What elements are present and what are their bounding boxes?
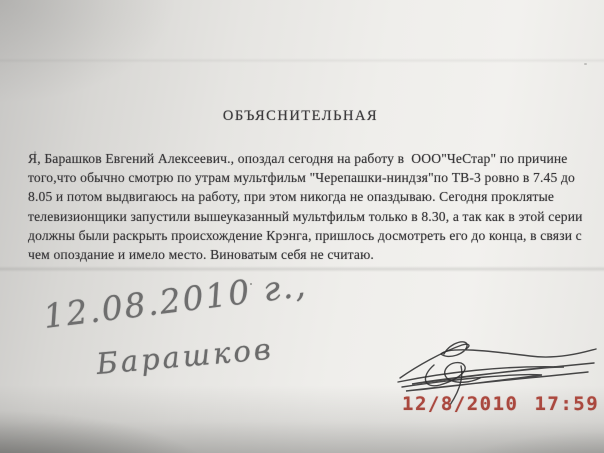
- dust-speck: [584, 63, 587, 65]
- body-line-3: 8.05 и потом выдвигаюсь на работу, при э…: [28, 187, 583, 206]
- document-title: ОБЪЯСНИТЕЛЬНАЯ: [28, 108, 573, 124]
- handwritten-date: 12.08.2010 г.,: [41, 265, 309, 336]
- handwritten-signature-name: Барашков: [95, 332, 275, 381]
- body-line-6: чем опоздание и имело место. Виноватым с…: [28, 245, 583, 264]
- camera-timestamp: 12/8/201017:59: [402, 393, 599, 415]
- stamp-time: 17:59: [534, 393, 599, 415]
- body-line-4: телевизионщики запустили вышеуказанный м…: [28, 207, 583, 226]
- paper-crease: [0, 58, 604, 63]
- photo-of-document: ОБЪЯСНИТЕЛЬНАЯ Я, Барашков Евгений Алекс…: [0, 0, 604, 453]
- stamp-date: 12/8/2010: [402, 393, 518, 415]
- document-body: Я, Барашков Евгений Алексеевич., опоздал…: [28, 149, 583, 264]
- body-line-2: того,что обычно смотрю по утрам мультфил…: [28, 168, 583, 187]
- body-line-1: Я, Барашков Евгений Алексеевич., опоздал…: [28, 149, 583, 168]
- body-line-5: должны были раскрыть происхождение Крэнг…: [28, 226, 583, 245]
